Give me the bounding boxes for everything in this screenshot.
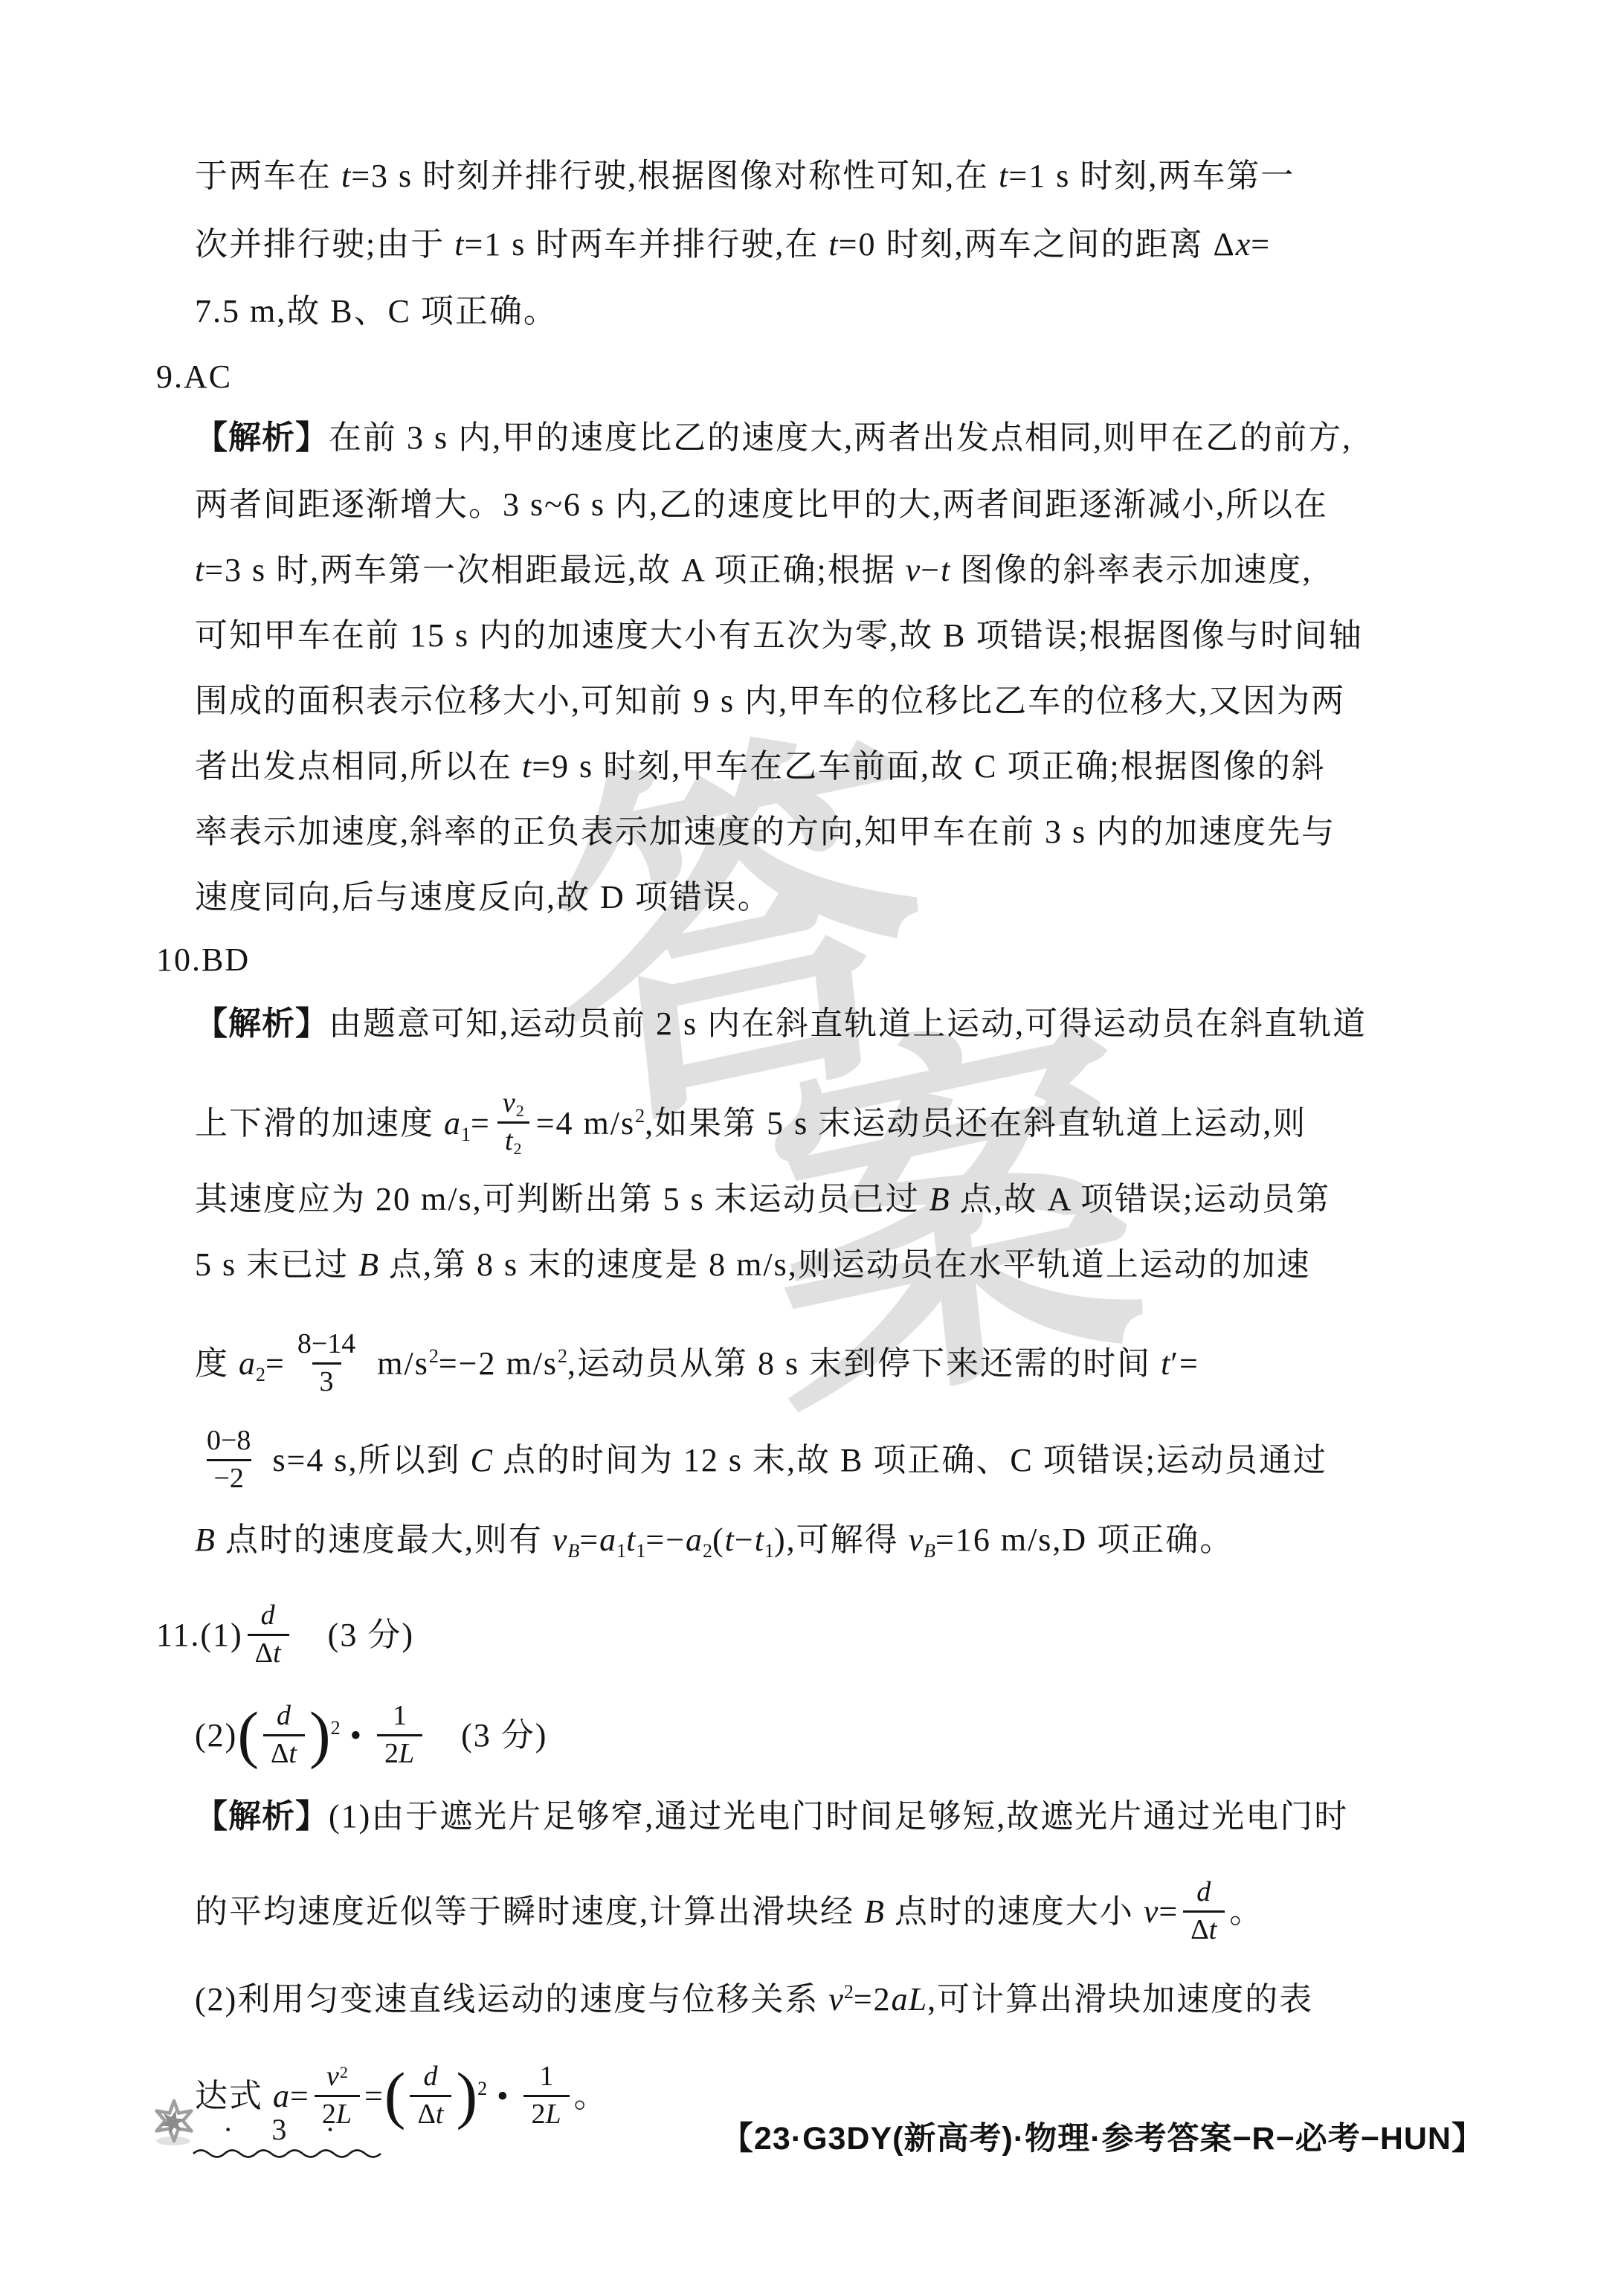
math-variable: v xyxy=(552,1522,568,1558)
bold-label: 【解析】 xyxy=(195,419,329,456)
text-line: 10.BD xyxy=(156,938,250,982)
fraction: dΔt xyxy=(248,1599,289,1670)
bold-label: 【解析】 xyxy=(195,1005,329,1042)
math-variable: v xyxy=(1144,1893,1159,1930)
text-run: 于两车在 xyxy=(195,158,341,194)
text-run: (3 分) xyxy=(461,1717,547,1754)
math-variable: v xyxy=(828,1981,844,2018)
text-run: =−2 m/s xyxy=(439,1345,558,1382)
math-variable: B xyxy=(864,1893,885,1930)
text-run: 1 xyxy=(540,2061,554,2092)
math-variable: a xyxy=(273,2078,290,2114)
text-run: ( xyxy=(712,1522,725,1558)
text-line: 率表示加速度,斜率的正负表示加速度的方向,知甲车在前 3 s 内的加速度先与 xyxy=(195,811,1335,854)
math-variable: d xyxy=(261,1600,276,1631)
math-variable: v xyxy=(326,2061,340,2092)
text-run: 点时的速度大小 xyxy=(885,1893,1144,1930)
fraction: 12L xyxy=(377,1699,422,1771)
text-run: 两者间距逐渐增大。3 s~6 s 内,乙的速度比甲的大,两者间距逐渐减小,所以在 xyxy=(195,486,1328,523)
fraction: 8−143 xyxy=(290,1327,363,1399)
math-variable: C xyxy=(471,1442,493,1478)
text-line: 9.AC xyxy=(156,355,232,399)
text-run: 8−14 xyxy=(297,1328,355,1359)
math-variable: t xyxy=(725,1522,735,1558)
math-variable: t xyxy=(195,552,204,588)
text-run: = xyxy=(265,1345,286,1382)
text-run: 1 xyxy=(393,1700,407,1731)
text-run: (2) xyxy=(195,1717,237,1754)
math-variable: a xyxy=(599,1522,616,1558)
text-run: 图像的斜率表示加速度, xyxy=(950,552,1312,588)
text-run: 者出发点相同,所以在 xyxy=(195,748,522,785)
superscript: 2 xyxy=(635,1105,645,1127)
math-variable: t xyxy=(941,552,950,588)
answer-sheet-page: 答 案 于两车在 t=3 s 时刻并排行驶,根据图像对称性可知,在 t=1 s … xyxy=(0,0,1624,2283)
subscript: 2 xyxy=(256,1364,265,1385)
text-line: (2)利用匀变速直线运动的速度与位移关系 v2=2aL,可计算出滑块加速度的表 xyxy=(195,1971,1313,2021)
text-line: 【解析】(1)由于遮光片足够窄,通过光电门时间足够短,故遮光片通过光电门时 xyxy=(195,1795,1348,1838)
text-run: = xyxy=(364,2078,384,2114)
text-run: − xyxy=(735,1522,755,1558)
math-variable: v xyxy=(503,1087,516,1118)
subscript: 1 xyxy=(636,1540,645,1562)
text-run: (2)利用匀变速直线运动的速度与位移关系 xyxy=(195,1981,828,2018)
text-run: 次并排行驶;由于 xyxy=(195,226,454,263)
page-number: · 3 · xyxy=(223,2112,347,2147)
text-run: 率表示加速度,斜率的正负表示加速度的方向,知甲车在前 3 s 内的加速度先与 xyxy=(195,814,1335,850)
text-run: = xyxy=(471,1105,491,1141)
superscript: 2 xyxy=(477,2078,487,2099)
subscript: 2 xyxy=(516,1101,524,1120)
math-variable: t xyxy=(522,748,532,785)
text-run: = xyxy=(1251,226,1271,263)
text-run: 。 xyxy=(574,2078,608,2114)
math-variable: t xyxy=(273,1638,282,1669)
math-variable: t xyxy=(828,226,838,263)
text-run: =3 s 时,两车第一次相距最远,故 A 项正确;根据 xyxy=(204,552,906,588)
text-run: =16 m/s,D 项正确。 xyxy=(935,1522,1234,1558)
math-variable: a xyxy=(444,1105,461,1141)
fraction: v2t2 xyxy=(495,1086,532,1159)
text-line: 速度同向,后与速度反向,故 D 项错误。 xyxy=(195,876,772,919)
text-run: s=4 s,所以到 xyxy=(262,1442,470,1478)
text-run: =− xyxy=(645,1522,686,1558)
text-run: 0−8 xyxy=(207,1425,251,1456)
text-run: 点,第 8 s 末的速度是 8 m/s,则运动员在水平轨道上运动的加速 xyxy=(379,1246,1311,1283)
bold-label: 【解析】 xyxy=(195,1798,329,1835)
superscript: 2 xyxy=(340,2063,348,2081)
math-variable: L xyxy=(545,2099,561,2130)
math-variable: d xyxy=(423,2061,438,2092)
text-run: Δ xyxy=(417,2099,435,2130)
subscript: 1 xyxy=(764,1540,774,1562)
text-run: ,如果第 5 s 末运动员还在斜直轨道上运动,则 xyxy=(645,1105,1306,1141)
text-line: t=3 s 时,两车第一次相距最远,故 A 项正确;根据 v−t 图像的斜率表示… xyxy=(195,549,1312,592)
math-variable: v xyxy=(909,1522,924,1558)
math-variable: t xyxy=(436,2099,445,2130)
math-variable: a xyxy=(686,1522,703,1558)
text-run: 2 xyxy=(384,1738,399,1769)
math-variable: t xyxy=(505,1125,514,1156)
text-run: 上下滑的加速度 xyxy=(195,1105,444,1141)
text-line: 者出发点相同,所以在 t=9 s 时刻,甲车在乙车前面,故 C 项正确;根据图像… xyxy=(195,745,1326,788)
text-run: 2 xyxy=(531,2099,545,2130)
text-run: = xyxy=(579,1522,599,1558)
text-line: 5 s 末已过 B 点,第 8 s 末的速度是 8 m/s,则运动员在水平轨道上… xyxy=(195,1243,1311,1287)
text-run: 度 xyxy=(195,1345,239,1382)
math-variable: t xyxy=(1209,1914,1218,1945)
big-paren: ( xyxy=(384,2059,406,2131)
math-variable: t xyxy=(626,1522,636,1558)
text-run: 5 s 末已过 xyxy=(195,1246,358,1283)
text-run: (1)由于遮光片足够窄,通过光电门时间足够短,故遮光片通过光电门时 xyxy=(329,1798,1348,1835)
text-run: 围成的面积表示位移大小,可知前 9 s 内,甲车的位移比乙车的位移大,又因为两 xyxy=(195,683,1345,719)
text-run: m/s xyxy=(367,1345,429,1382)
text-run: =1 s 时刻,两车第一 xyxy=(1008,158,1295,194)
math-variable: x xyxy=(1236,226,1251,263)
text-run: 10.BD xyxy=(156,941,250,978)
text-run: = xyxy=(290,2078,310,2114)
text-run: 7.5 m,故 B、C 项正确。 xyxy=(195,293,558,329)
text-run: Δ xyxy=(271,1738,289,1769)
text-line: 其速度应为 20 m/s,可判断出第 5 s 末运动员已过 B 点,故 A 项错… xyxy=(195,1178,1330,1221)
math-variable: v xyxy=(906,552,921,588)
text-line: 可知甲车在前 15 s 内的加速度大小有五次为零,故 B 项错误;根据图像与时间… xyxy=(195,614,1363,657)
text-run: 在前 3 s 内,甲的速度比乙的速度大,两者出发点相同,则甲在乙的前方, xyxy=(329,419,1352,456)
subscript: 2 xyxy=(514,1139,522,1158)
text-run: 可知甲车在前 15 s 内的加速度大小有五次为零,故 B 项错误;根据图像与时间… xyxy=(195,617,1363,654)
text-run: 点,故 A 项错误;运动员第 xyxy=(950,1181,1331,1217)
superscript: 2 xyxy=(331,1717,341,1739)
subscript: 1 xyxy=(461,1124,471,1145)
big-paren: ( xyxy=(237,1698,259,1770)
math-variable: B xyxy=(358,1246,379,1283)
fraction: 0−8−2 xyxy=(199,1424,258,1495)
text-line: 0−8−2 s=4 s,所以到 C 点的时间为 12 s 末,故 B 项正确、C… xyxy=(195,1428,1327,1499)
text-run: =0 时刻,两车之间的距离 Δ xyxy=(839,226,1236,263)
text-run: ,运动员从第 8 s 末到停下来还需的时间 xyxy=(567,1345,1161,1382)
text-run: ),可解得 xyxy=(774,1522,909,1558)
fraction: dΔt xyxy=(263,1699,305,1771)
text-line: 【解析】由题意可知,运动员前 2 s 内在斜直轨道上运动,可得运动员在斜直轨道 xyxy=(195,1002,1367,1046)
text-run: 的平均速度近似等于瞬时速度,计算出滑块经 xyxy=(195,1893,864,1930)
text-line: 次并排行驶;由于 t=1 s 时两车并排行驶,在 t=0 时刻,两车之间的距离 … xyxy=(195,223,1271,266)
text-run: = xyxy=(1159,1893,1179,1930)
wavy-underline xyxy=(192,2146,387,2158)
big-paren: ) xyxy=(456,2059,477,2131)
text-line: 度 a2=8−143 m/s2=−2 m/s2,运动员从第 8 s 末到停下来还… xyxy=(195,1331,1199,1403)
text-run: −2 xyxy=(214,1463,244,1494)
text-run: 点时的速度最大,则有 xyxy=(216,1522,552,1558)
math-variable: L xyxy=(399,1738,415,1769)
text-line: 上下滑的加速度 a1=v2t2=4 m/s2,如果第 5 s 末运动员还在斜直轨… xyxy=(195,1090,1306,1163)
math-variable: t xyxy=(999,158,1008,194)
math-variable: t xyxy=(454,226,464,263)
text-run: ,可计算出滑块加速度的表 xyxy=(927,1981,1313,2018)
text-run: 3 xyxy=(320,1366,334,1397)
text-line: (2)(dΔt)2 • 12L(3 分) xyxy=(195,1703,547,1774)
math-variable: t xyxy=(1161,1345,1170,1382)
text-line: 两者间距逐渐增大。3 s~6 s 内,乙的速度比甲的大,两者间距逐渐减小,所以在 xyxy=(195,483,1328,527)
text-run: 。 xyxy=(1229,1893,1263,1930)
text-run: =9 s 时刻,甲车在乙车前面,故 C 项正确;根据图像的斜 xyxy=(532,748,1326,785)
fraction: 12L xyxy=(523,2060,569,2131)
text-run: • xyxy=(341,1717,373,1754)
math-variable: t xyxy=(289,1738,297,1769)
subscript: B xyxy=(924,1540,935,1562)
text-line: 11.(1)dΔt(3 分) xyxy=(156,1603,414,1674)
math-variable: B xyxy=(929,1181,950,1217)
superscript: 2 xyxy=(558,1345,567,1367)
text-run: − xyxy=(921,552,941,588)
text-run: ′= xyxy=(1170,1345,1199,1382)
text-run: =1 s 时两车并排行驶,在 xyxy=(464,226,828,263)
text-run: 11.(1) xyxy=(156,1617,243,1653)
subscript: 1 xyxy=(616,1540,626,1562)
text-line: B 点时的速度最大,则有 vB=a1t1=−a2(t−t1),可解得 vB=16… xyxy=(195,1519,1234,1573)
math-variable: d xyxy=(1196,1876,1211,1907)
text-run: (3 分) xyxy=(328,1617,414,1653)
text-run: 点的时间为 12 s 末,故 B 项正确、C 项错误;运动员通过 xyxy=(493,1442,1327,1478)
fraction: dΔt xyxy=(1183,1875,1225,1947)
text-run: • xyxy=(487,2078,519,2114)
text-run: Δ xyxy=(1190,1914,1208,1945)
text-run: Δ xyxy=(255,1638,273,1669)
subscript: 2 xyxy=(703,1540,712,1562)
text-line: 7.5 m,故 B、C 项正确。 xyxy=(195,290,558,333)
text-line: 围成的面积表示位移大小,可知前 9 s 内,甲车的位移比乙车的位移大,又因为两 xyxy=(195,680,1345,723)
text-run: 由题意可知,运动员前 2 s 内在斜直轨道上运动,可得运动员在斜直轨道 xyxy=(329,1005,1367,1042)
text-run: =3 s 时刻并排行驶,根据图像对称性可知,在 xyxy=(351,158,999,194)
math-variable: a xyxy=(239,1345,256,1382)
big-paren: ) xyxy=(309,1698,331,1770)
fraction: dΔt xyxy=(410,2060,451,2131)
math-variable: aL xyxy=(892,1981,927,2018)
text-run: 9.AC xyxy=(156,358,232,395)
text-line: 的平均速度近似等于瞬时速度,计算出滑块经 B 点时的速度大小 v=dΔt。 xyxy=(195,1879,1263,1951)
text-run: 达式 xyxy=(195,2078,273,2114)
subscript: B xyxy=(567,1540,579,1562)
math-variable: B xyxy=(195,1522,216,1558)
text-run: 其速度应为 20 m/s,可判断出第 5 s 末运动员已过 xyxy=(195,1181,929,1217)
superscript: 2 xyxy=(844,1981,854,2003)
text-line: 于两车在 t=3 s 时刻并排行驶,根据图像对称性可知,在 t=1 s 时刻,两… xyxy=(195,155,1295,198)
superscript: 2 xyxy=(429,1345,439,1367)
math-variable: t xyxy=(755,1522,764,1558)
star-icon xyxy=(151,2099,199,2150)
footer-edition-label: 【23·G3DY(新高考)·物理·参考答案−R−必考−HUN】 xyxy=(721,2113,1484,2159)
text-run: 速度同向,后与速度反向,故 D 项错误。 xyxy=(195,879,772,915)
math-variable: d xyxy=(277,1700,291,1731)
text-run: =4 m/s xyxy=(536,1105,635,1141)
text-run: =2 xyxy=(854,1981,892,2018)
math-variable: t xyxy=(341,158,351,194)
text-line: 【解析】在前 3 s 内,甲的速度比乙的速度大,两者出发点相同,则甲在乙的前方, xyxy=(195,416,1352,460)
